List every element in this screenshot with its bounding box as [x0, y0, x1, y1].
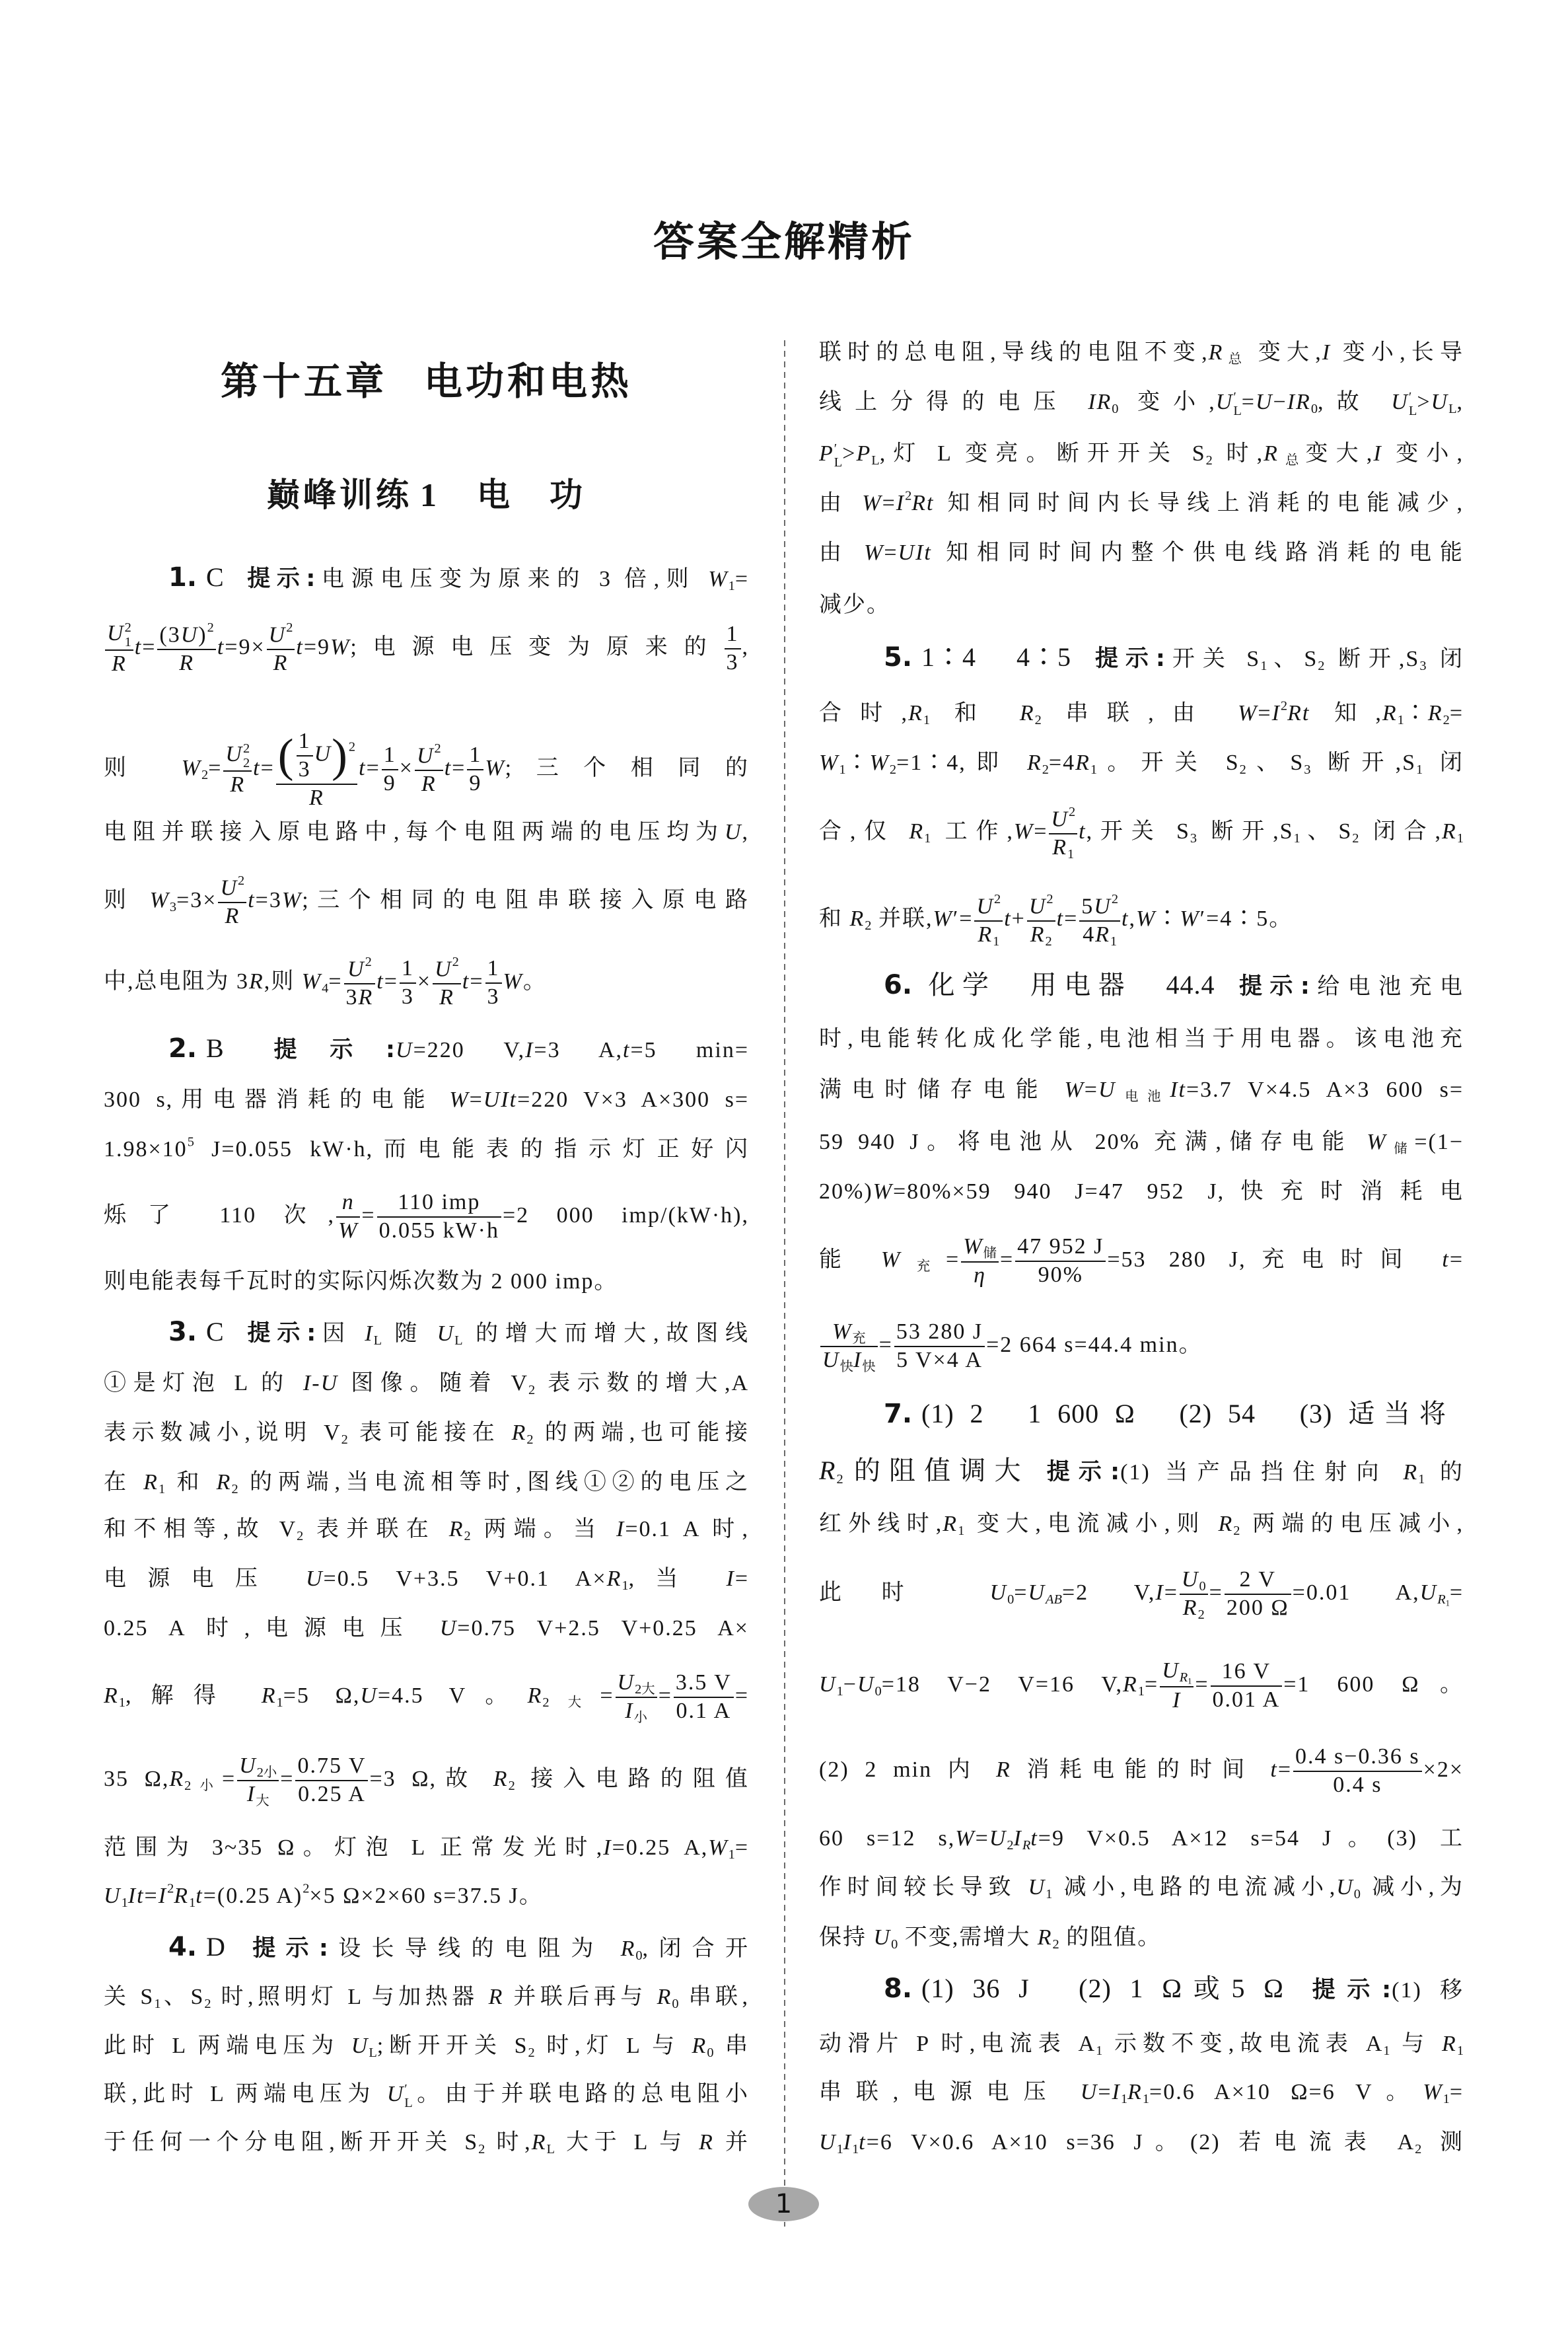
- text-run: =: [1164, 1580, 1178, 1605]
- page-number-badge: 1: [748, 2187, 819, 2221]
- answer-page: 答案全解精析 第十五章电功和电热 巅峰训练1电 功 1.C提示:电源电压变为原来…: [0, 0, 1568, 2325]
- text-run: 能: [819, 1247, 881, 1272]
- math-variable: I: [843, 2130, 852, 2155]
- fraction: U0R2: [1180, 1567, 1208, 1623]
- superscript: 2: [1112, 892, 1118, 906]
- math-variable: t: [859, 2130, 866, 2155]
- subscript: 3: [1190, 831, 1197, 846]
- fraction-numerator: 2 V: [1225, 1567, 1291, 1595]
- subscript: R1: [1437, 1592, 1450, 1607]
- math-variable: U: [1162, 1658, 1180, 1683]
- math-variable: U: [819, 1672, 837, 1697]
- text-run: 工作,: [931, 819, 1014, 844]
- subscript: 充: [901, 1259, 946, 1274]
- superscript: 2: [1046, 892, 1053, 906]
- subscript: 0: [1199, 1579, 1205, 1594]
- fraction: 2 V200 Ω: [1225, 1567, 1291, 1622]
- subscript: AB: [1046, 1592, 1062, 1607]
- math-variable: U: [990, 1580, 1008, 1605]
- math-variable: U: [857, 1672, 875, 1697]
- fraction-numerator: 0.4 s−0.36 s: [1293, 1744, 1422, 1772]
- fraction-denominator: 200 Ω: [1225, 1595, 1291, 1622]
- math-variable: U: [1051, 807, 1069, 831]
- subscript: 0: [875, 1684, 882, 1699]
- math-variable: R: [1183, 1596, 1198, 1620]
- math-variable: R: [1442, 819, 1457, 844]
- text-run: 闭合,: [1359, 819, 1443, 844]
- text-run: 47 952 J: [1017, 1234, 1104, 1259]
- text-run: 53 280 J: [896, 1319, 983, 1344]
- subscript: 1: [837, 2142, 843, 2157]
- right-column: 联时的总电阻,导线的电阻不变,R总 变大,I 变小,长导 线上分得的电压 IR0…: [0, 0, 1568, 2325]
- text-run: 合,仅: [819, 819, 909, 844]
- text-run: −: [843, 1672, 857, 1697]
- math-variable: U: [1028, 1580, 1046, 1605]
- math-variable: R: [909, 819, 924, 844]
- math-variable: W: [832, 1319, 852, 1344]
- fraction-numerator: U2: [1049, 805, 1077, 834]
- math-variable: U: [1029, 894, 1047, 918]
- superscript: 2: [1069, 805, 1075, 819]
- text-run: 16 V: [1222, 1659, 1271, 1683]
- subscript: 1: [1188, 1677, 1192, 1686]
- fraction-numerator: W储: [961, 1234, 999, 1263]
- math-variable: U: [1182, 1567, 1199, 1592]
- subscript: 1: [1457, 831, 1464, 846]
- fraction-numerator: 5U2: [1079, 892, 1120, 922]
- text-run: =18 V−2 V=16 V,: [882, 1672, 1123, 1697]
- text-run: 此时: [819, 1580, 990, 1605]
- text-run: =: [1209, 1580, 1223, 1605]
- explanation-line: U1I1t=6 V×0.6 A×10 s=36 J。(2) 若电流表 A2 测: [819, 2077, 1464, 2209]
- fraction-numerator: 47 952 J: [1015, 1234, 1106, 1262]
- math-variable: R: [1180, 1670, 1188, 1685]
- math-variable: U: [1420, 1580, 1438, 1605]
- fraction-numerator: U2: [1027, 892, 1055, 922]
- fraction-numerator: U2: [974, 892, 1003, 922]
- math-variable: W: [963, 1234, 983, 1259]
- math-variable: t: [1442, 1247, 1449, 1272]
- subscript: 1: [924, 831, 931, 846]
- text-run: 0.4 s−0.36 s: [1295, 1744, 1420, 1769]
- text-run: 断开,S: [1197, 819, 1293, 844]
- subscript: 储: [983, 1246, 997, 1261]
- subscript: 充: [852, 1331, 865, 1346]
- math-variable: W: [881, 1247, 901, 1272]
- text-run: =1 600 Ω。: [1283, 1672, 1464, 1697]
- text-run: =53 280 J,充电时间: [1107, 1247, 1442, 1272]
- text-run: =: [1450, 1580, 1464, 1605]
- fraction-numerator: 16 V: [1211, 1658, 1283, 1687]
- fraction-numerator: 53 280 J: [894, 1319, 985, 1347]
- text-run: 测: [1421, 2130, 1464, 2155]
- subscript: 1: [837, 1684, 843, 1699]
- text-run: =: [1195, 1672, 1209, 1697]
- fraction-numerator: UR1: [1160, 1658, 1194, 1687]
- fraction-numerator: U0: [1180, 1567, 1208, 1596]
- math-variable: R: [1123, 1672, 1138, 1697]
- math-variable: U: [1094, 894, 1112, 918]
- math-variable: R: [1437, 1592, 1445, 1607]
- text-run: =: [1145, 1672, 1158, 1697]
- math-variable: I: [1155, 1580, 1164, 1605]
- text-run: =0.01 A,: [1293, 1580, 1420, 1605]
- text-run: =: [1034, 819, 1048, 844]
- text-run: 5: [1081, 894, 1094, 918]
- math-variable: U: [819, 2130, 837, 2155]
- text-run: =: [1450, 1247, 1464, 1272]
- subscript: 1: [1294, 831, 1301, 846]
- subscript: R1: [1180, 1670, 1192, 1685]
- text-run: 200 Ω: [1227, 1596, 1289, 1620]
- subscript: 2: [1352, 831, 1359, 846]
- text-run: ,开关 S: [1087, 819, 1190, 844]
- subscript: 1: [852, 2142, 859, 2157]
- text-run: 2 V: [1240, 1567, 1276, 1592]
- text-run: =: [946, 1247, 960, 1272]
- text-run: =6 V×0.6 A×10 s=36 J。(2) 若电流表 A: [867, 2130, 1415, 2155]
- text-run: 、S: [1301, 819, 1353, 844]
- superscript: 2: [994, 892, 1001, 906]
- subscript: 0: [1007, 1592, 1014, 1607]
- subscript: 1: [1138, 1684, 1145, 1699]
- fraction-numerator: W充: [820, 1319, 878, 1348]
- math-variable: U: [976, 894, 994, 918]
- text-run: =: [1014, 1580, 1028, 1605]
- subscript: 2: [1415, 2142, 1421, 2157]
- math-variable: W: [1014, 819, 1034, 844]
- text-run: =2 V,: [1062, 1580, 1155, 1605]
- math-variable: t: [1079, 819, 1086, 844]
- text-run: =: [1000, 1247, 1014, 1272]
